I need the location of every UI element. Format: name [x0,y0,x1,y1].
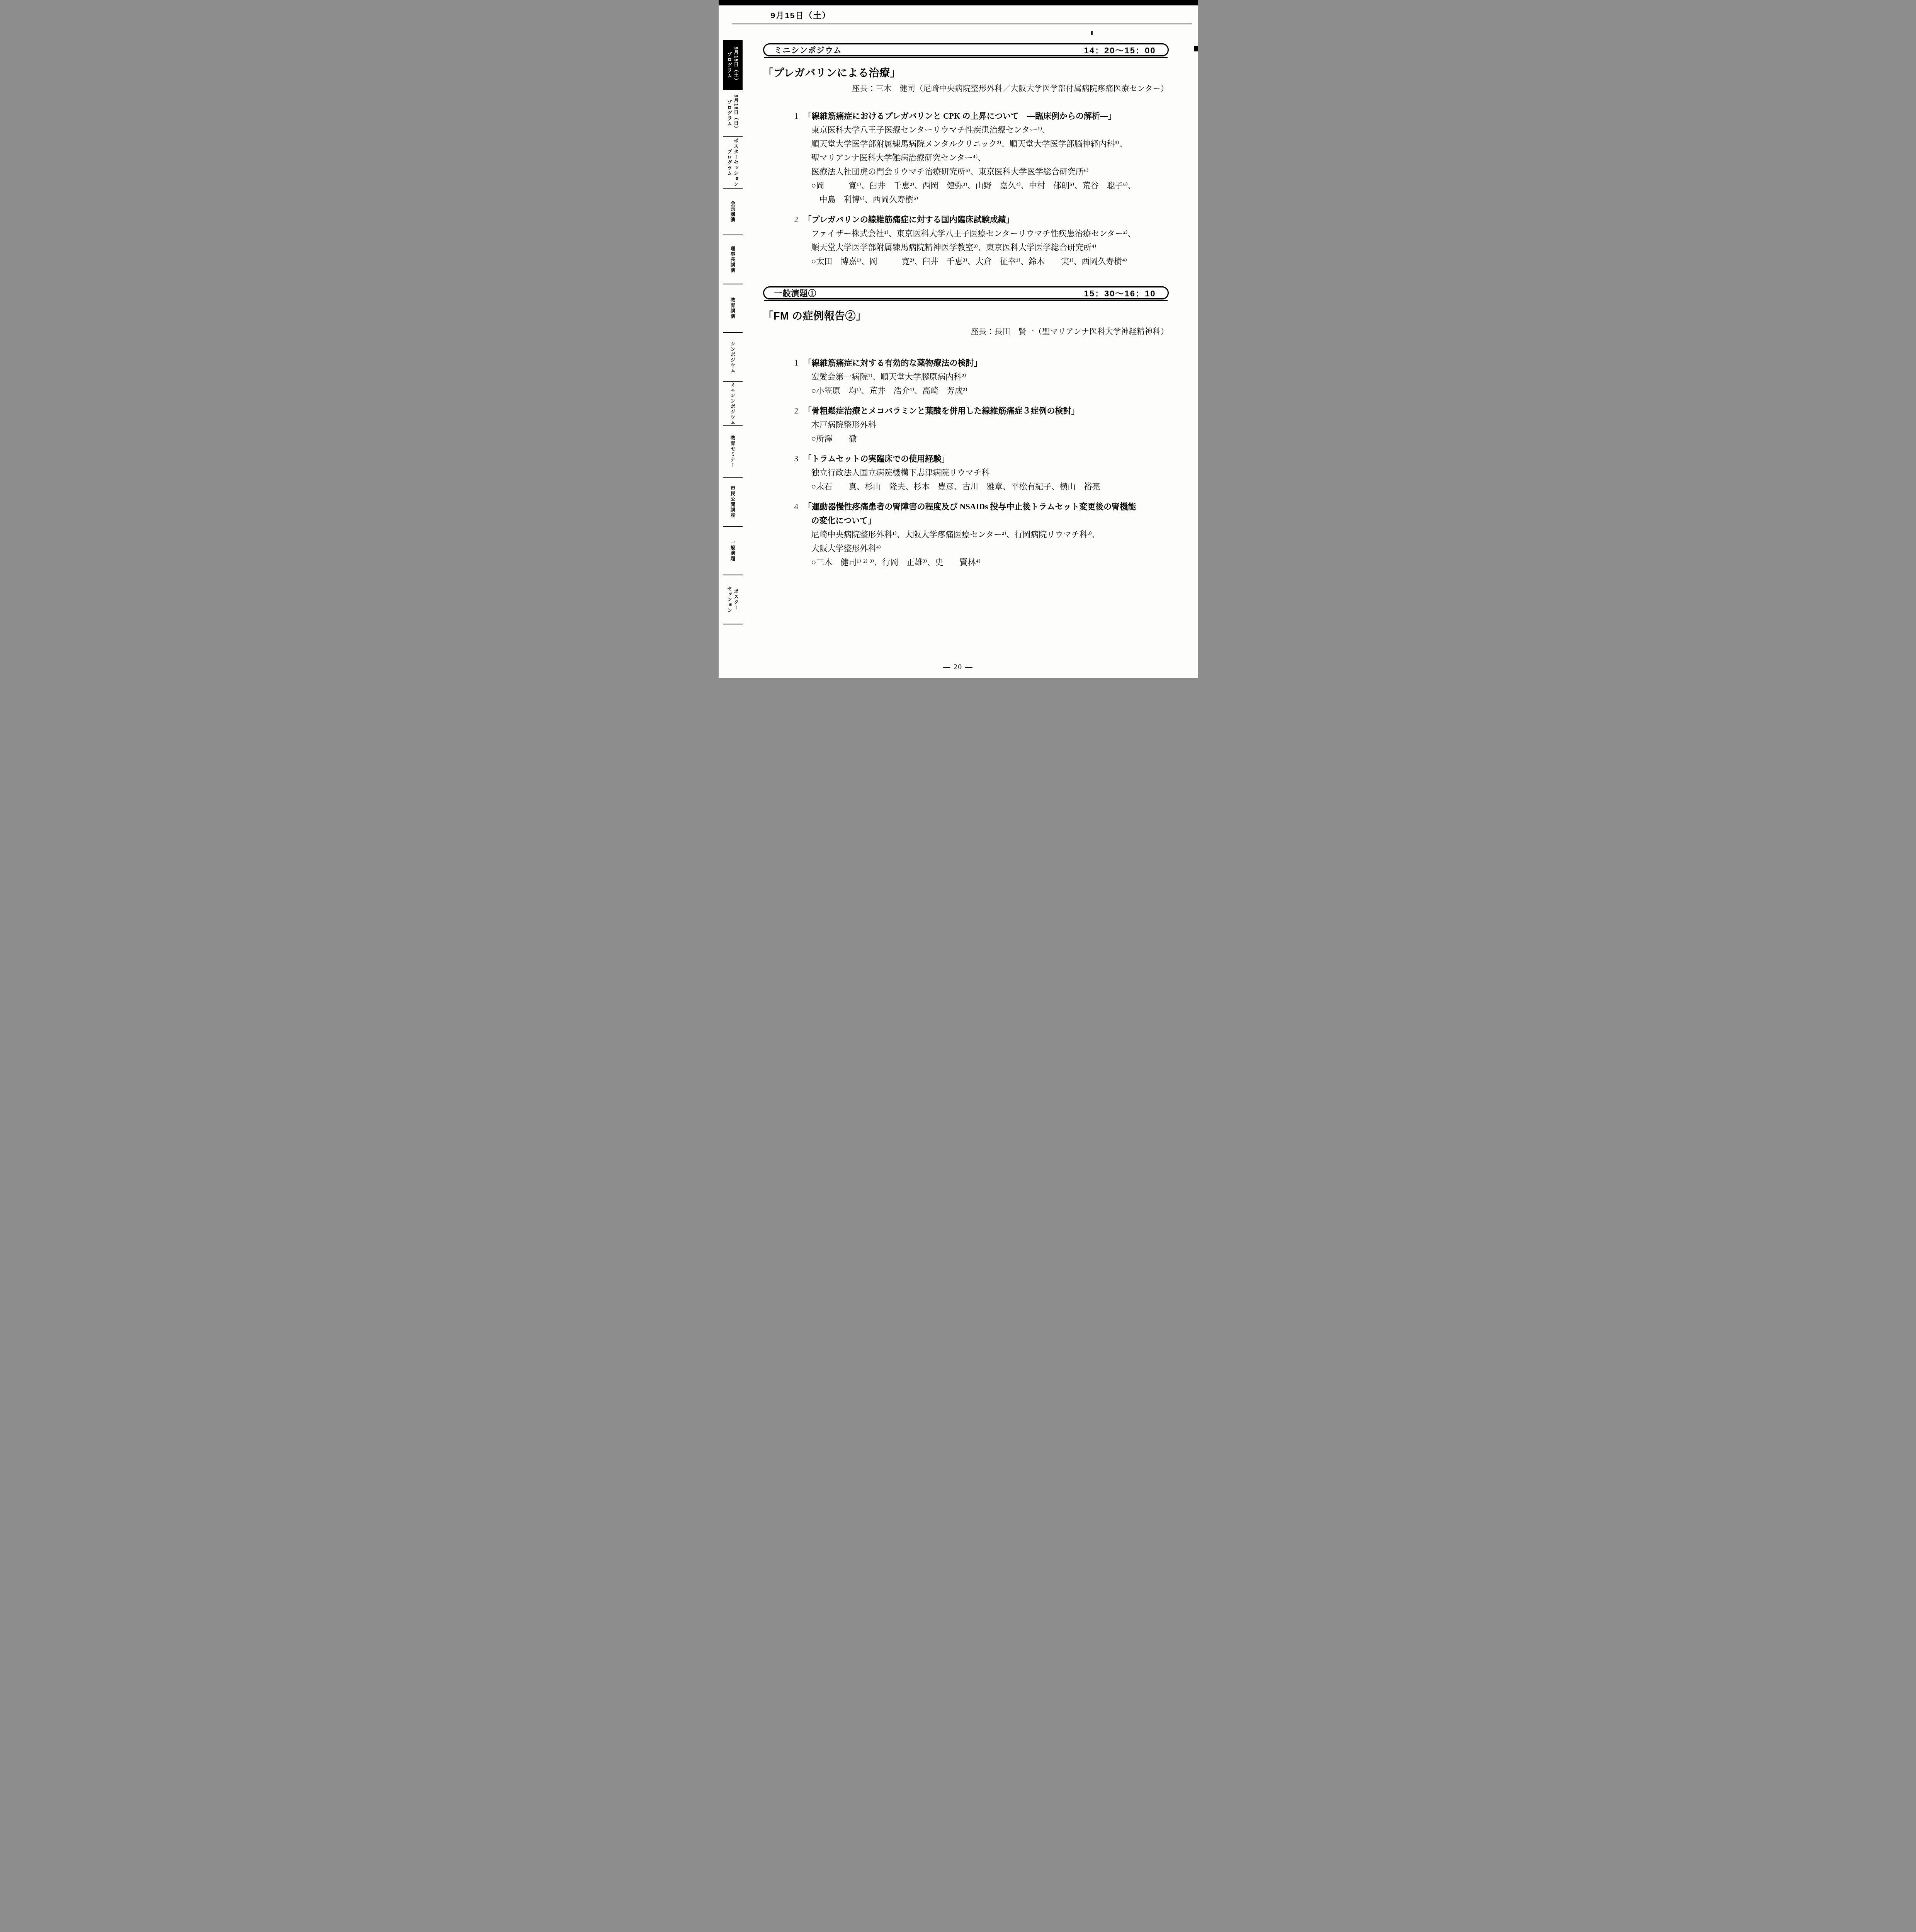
entry-affiliation: 宏愛会第一病院¹⁾、順天堂大学膠原病内科²⁾ [811,370,1169,384]
session-mini-symposium: ミニシンポジウム 14：20～15：00 「プレガバリンによる治療」 座長：三木… [763,43,1169,268]
entry-affiliation: 聖マリアンナ医科大学難病治療研究センター⁴⁾、 [811,151,1169,165]
page-number: ― 20 ― [719,663,1198,672]
sidebar-tab-sep16-program: 9月16日（日） プログラム [723,90,743,137]
entry-title-line: 1 「線維筋痛症に対する有効的な薬物療法の検討」 [804,356,1169,370]
presentation-entry: 4 「運動器慢性疼痛患者の腎障害の程度及び NSAIDs 投与中止後トラムセット… [763,500,1169,569]
sidebar-tab-public-lecture: 市民公開講座 [723,478,743,527]
sidebar-tab-label: プログラム [727,100,732,127]
entry-number: 4 [794,500,799,514]
sidebar-tab-symposium: シンポジウム [723,333,743,382]
sidebar-tab-label: ミニシンポジウム [730,382,735,425]
entry-title: 「線維筋痛症に対する有効的な薬物療法の検討」 [804,358,982,367]
sidebar-tab-label: セッション [727,586,732,613]
entry-title: 「運動器慢性疼痛患者の腎障害の程度及び NSAIDs 投与中止後トラムセット変更… [804,502,1136,511]
session-title: 「プレガバリンによる治療」 [763,65,1169,80]
entry-number: 1 [794,356,799,370]
entry-affiliation: 独立行政法人国立病院機構下志津病院リウマチ科 [811,466,1169,480]
sidebar-tab-label: 教育セミナー [730,435,735,468]
sidebar-tab-label: 理事長講演 [730,246,735,273]
scan-artifact-edge-smudge [1194,46,1198,51]
sidebar-tab-label: 9月15日（土） [733,47,739,83]
entry-authors: ○所澤 徹 [811,432,1169,446]
entry-affiliation: 東京医科大学八王子医療センターリウマチ性疾患治療センター¹⁾、 [811,123,1169,137]
session-type-label: 一般演題① [774,287,817,299]
sidebar-tab-label: ポスター [733,589,739,611]
entry-title: 「トラムセットの実臨床での使用経験」 [804,454,950,463]
sidebar-tab-president-lecture: 会長講演 [723,189,743,235]
session-header-bar: ミニシンポジウム 14：20～15：00 [763,43,1169,56]
entry-title-line: 2 「骨粗鬆症治療とメコバラミンと葉酸を併用した線維筋痛症３症例の検討」 [804,404,1169,418]
presentation-entry: 2 「プレガバリンの線維筋痛症に対する国内臨床試験成績」 ファイザー株式会社¹⁾… [763,213,1169,268]
sidebar-tab-chairman-lecture: 理事長講演 [723,235,743,284]
sidebar-index-tabs: 9月15日（土） プログラム 9月16日（日） プログラム ポスターセッション … [723,40,743,624]
session-title: 「FM の症例報告②」 [763,308,1169,323]
sidebar-tab-label: 9月16日（日） [733,95,739,131]
main-content: ミニシンポジウム 14：20～15：00 「プレガバリンによる治療」 座長：三木… [763,0,1169,575]
entry-authors: ○小笠原 均¹⁾、荒井 浩介¹⁾、高崎 芳成²⁾ [811,384,1169,398]
program-page: 9月15日（土） 9月15日（土） プログラム 9月16日（日） プログラム ポ… [719,0,1198,678]
entry-authors: ○太田 博嘉¹⁾、岡 寛²⁾、臼井 千恵³⁾、大倉 征幸¹⁾、鈴木 実¹⁾、西岡… [811,254,1169,268]
presentation-entry: 3 「トラムセットの実臨床での使用経験」 独立行政法人国立病院機構下志津病院リウ… [763,452,1169,493]
entry-affiliation: 医療法人社団虎の門会リウマチ治療研究所⁵⁾、東京医科大学医学総合研究所⁶⁾ [811,165,1169,179]
sidebar-tab-label: 市民公開講座 [730,486,735,518]
entry-title: 「骨粗鬆症治療とメコバラミンと葉酸を併用した線維筋痛症３症例の検討」 [804,406,1080,415]
entry-number: 1 [794,109,799,123]
sidebar-tab-poster-session: ポスター セッション [723,575,743,624]
session-entries: 1 「線維筋痛症におけるプレガバリンと CPK の上昇について ―臨床例からの解… [763,109,1169,268]
sidebar-tab-label: ポスターセッション [733,138,739,187]
sidebar-tab-general-presentations: 一般演題 [723,527,743,575]
entry-title: 「線維筋痛症におけるプレガバリンと CPK の上昇について ―臨床例からの解析―… [804,111,1117,121]
session-header-bar: 一般演題① 15：30～16：10 [763,286,1169,299]
entry-affiliation: 木戸病院整形外科 [811,418,1169,432]
presentation-entry: 1 「線維筋痛症におけるプレガバリンと CPK の上昇について ―臨床例からの解… [763,109,1169,206]
presentation-entry: 2 「骨粗鬆症治療とメコバラミンと葉酸を併用した線維筋痛症３症例の検討」 木戸病… [763,404,1169,446]
session-type-label: ミニシンポジウム [774,44,842,56]
session-chair: 座長：三木 健司（尼崎中央病院整形外科／大阪大学医学部付属病院疼痛医療センター） [763,82,1169,94]
sidebar-tab-label: プログラム [727,149,732,176]
entry-authors: 中島 利博⁶⁾、西岡久寿樹⁶⁾ [811,192,1169,206]
sidebar-tab-label: シンポジウム [730,341,735,374]
session-time-range: 15：30～16：10 [1084,287,1156,299]
entry-title-line: 1 「線維筋痛症におけるプレガバリンと CPK の上昇について ―臨床例からの解… [804,109,1169,123]
entry-number: 2 [794,213,799,226]
session-entries: 1 「線維筋痛症に対する有効的な薬物療法の検討」 宏愛会第一病院¹⁾、順天堂大学… [763,356,1169,569]
sidebar-tab-label: プログラム [727,52,732,79]
sidebar-tab-label: 会長講演 [730,201,735,223]
entry-affiliation: 順天堂大学医学部附属練馬病院メンタルクリニック²⁾、順天堂大学医学部脳神経内科³… [811,137,1169,151]
session-chair: 座長：長田 賢一（聖マリアンナ医科大学神経精神科） [763,325,1169,337]
entry-title-continuation: の変化について」 [811,514,1169,527]
presentation-entry: 1 「線維筋痛症に対する有効的な薬物療法の検討」 宏愛会第一病院¹⁾、順天堂大学… [763,356,1169,398]
entry-authors: ○岡 寛¹⁾、臼井 千恵²⁾、西岡 健弥³⁾、山野 嘉久⁴⁾、中村 郁朗⁵⁾、荒… [811,179,1169,192]
sidebar-tab-educational-lecture: 教育講演 [723,284,743,333]
entry-title-line: 4 「運動器慢性疼痛患者の腎障害の程度及び NSAIDs 投与中止後トラムセット… [804,500,1169,514]
entry-title: 「プレガバリンの線維筋痛症に対する国内臨床試験成績」 [804,215,1014,224]
entry-number: 3 [794,452,799,466]
sidebar-tab-label: 一般演題 [730,540,735,561]
sidebar-tab-mini-symposium: ミニシンポジウム [723,382,743,426]
entry-affiliation: ファイザー株式会社¹⁾、東京医科大学八王子医療センターリウマチ性疾患治療センター… [811,226,1169,240]
session-time-range: 14：20～15：00 [1084,44,1156,56]
entry-title-line: 2 「プレガバリンの線維筋痛症に対する国内臨床試験成績」 [804,213,1169,226]
entry-number: 2 [794,404,799,418]
entry-title-line: 3 「トラムセットの実臨床での使用経験」 [804,452,1169,466]
session-general-presentations-1: 一般演題① 15：30～16：10 「FM の症例報告②」 座長：長田 賢一（聖… [763,286,1169,569]
entry-affiliation: 大阪大学整形外科⁴⁾ [811,541,1169,555]
sidebar-tab-label: 教育講演 [730,298,735,319]
entry-affiliation: 尼崎中央病院整形外科¹⁾、大阪大学疼痛医療センター²⁾、行岡病院リウマチ科³⁾、 [811,527,1169,541]
entry-authors: ○末石 真、杉山 隆夫、杉本 豊彦、古川 雅章、平松有紀子、横山 裕亮 [811,480,1169,493]
sidebar-tab-educational-seminar: 教育セミナー [723,426,743,478]
entry-affiliation: 順天堂大学医学部附属練馬病院精神医学教室³⁾、東京医科大学医学総合研究所⁴⁾ [811,240,1169,254]
sidebar-tab-poster-session-program: ポスターセッション プログラム [723,137,743,189]
entry-authors: ○三木 健司¹⁾ ²⁾ ³⁾、行岡 正雄³⁾、史 賢林⁴⁾ [811,555,1169,569]
sidebar-tab-sep15-program: 9月15日（土） プログラム [723,40,743,90]
